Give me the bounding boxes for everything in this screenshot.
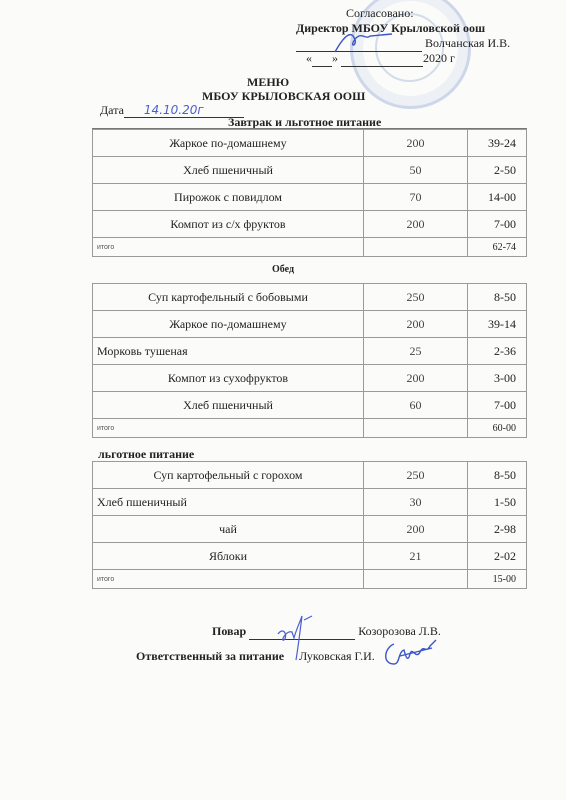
responsible-signature	[380, 636, 440, 670]
table-row: Компот из с/х фруктов2007-00	[93, 211, 527, 238]
approval-name: Волчанская И.В.	[425, 36, 510, 50]
total-row: итого60-00	[93, 419, 527, 438]
date-label: Дата	[100, 103, 124, 117]
table-row: Суп картофельный с бобовыми2508-50	[93, 284, 527, 311]
breakfast-table: Жаркое по-домашнему20039-24 Хлеб пшеничн…	[92, 129, 527, 257]
approval-year: 2020 г	[423, 51, 455, 65]
cook-label: Повар	[212, 624, 246, 638]
table-row: Жаркое по-домашнему20039-14	[93, 311, 527, 338]
table-row: Компот из сухофруктов2003-00	[93, 365, 527, 392]
table-row: чай2002-98	[93, 516, 527, 543]
page-subtitle: МБОУ КРЫЛОВСКАЯ ООШ	[202, 89, 365, 104]
table-row: Хлеб пшеничный607-00	[93, 392, 527, 419]
section-title-benefit: льготное питание	[98, 447, 194, 462]
total-row: итого15-00	[93, 570, 527, 589]
page-title: МЕНЮ	[247, 75, 289, 90]
total-row: итого62-74	[93, 238, 527, 257]
responsible-label: Ответственный за питание	[136, 649, 284, 663]
approval-date-line: « » 2020 г	[306, 51, 455, 67]
approval-title: Согласовано:	[346, 6, 414, 21]
lunch-table: Суп картофельный с бобовыми2508-50 Жарко…	[92, 283, 527, 438]
approval-signature-line: Волчанская И.В.	[296, 36, 510, 52]
table-row: Яблоки212-02	[93, 543, 527, 570]
table-row: Морковь тушеная252-36	[93, 338, 527, 365]
table-row: Хлеб пшеничный502-50	[93, 157, 527, 184]
table-row: Суп картофельный с горохом2508-50	[93, 462, 527, 489]
date-value: 14.10.20г	[124, 103, 244, 118]
table-row: Хлеб пшеничный301-50	[93, 489, 527, 516]
section-title-lunch: Обед	[272, 264, 294, 275]
responsible-signature-row: Ответственный за питание Луковская Г.И.	[136, 649, 375, 664]
table-row: Жаркое по-домашнему20039-24	[93, 130, 527, 157]
benefit-table: Суп картофельный с горохом2508-50 Хлеб п…	[92, 461, 527, 589]
date-row: Дата14.10.20г	[100, 103, 244, 118]
responsible-name: Луковская Г.И.	[299, 649, 375, 663]
table-row: Пирожок с повидлом7014-00	[93, 184, 527, 211]
